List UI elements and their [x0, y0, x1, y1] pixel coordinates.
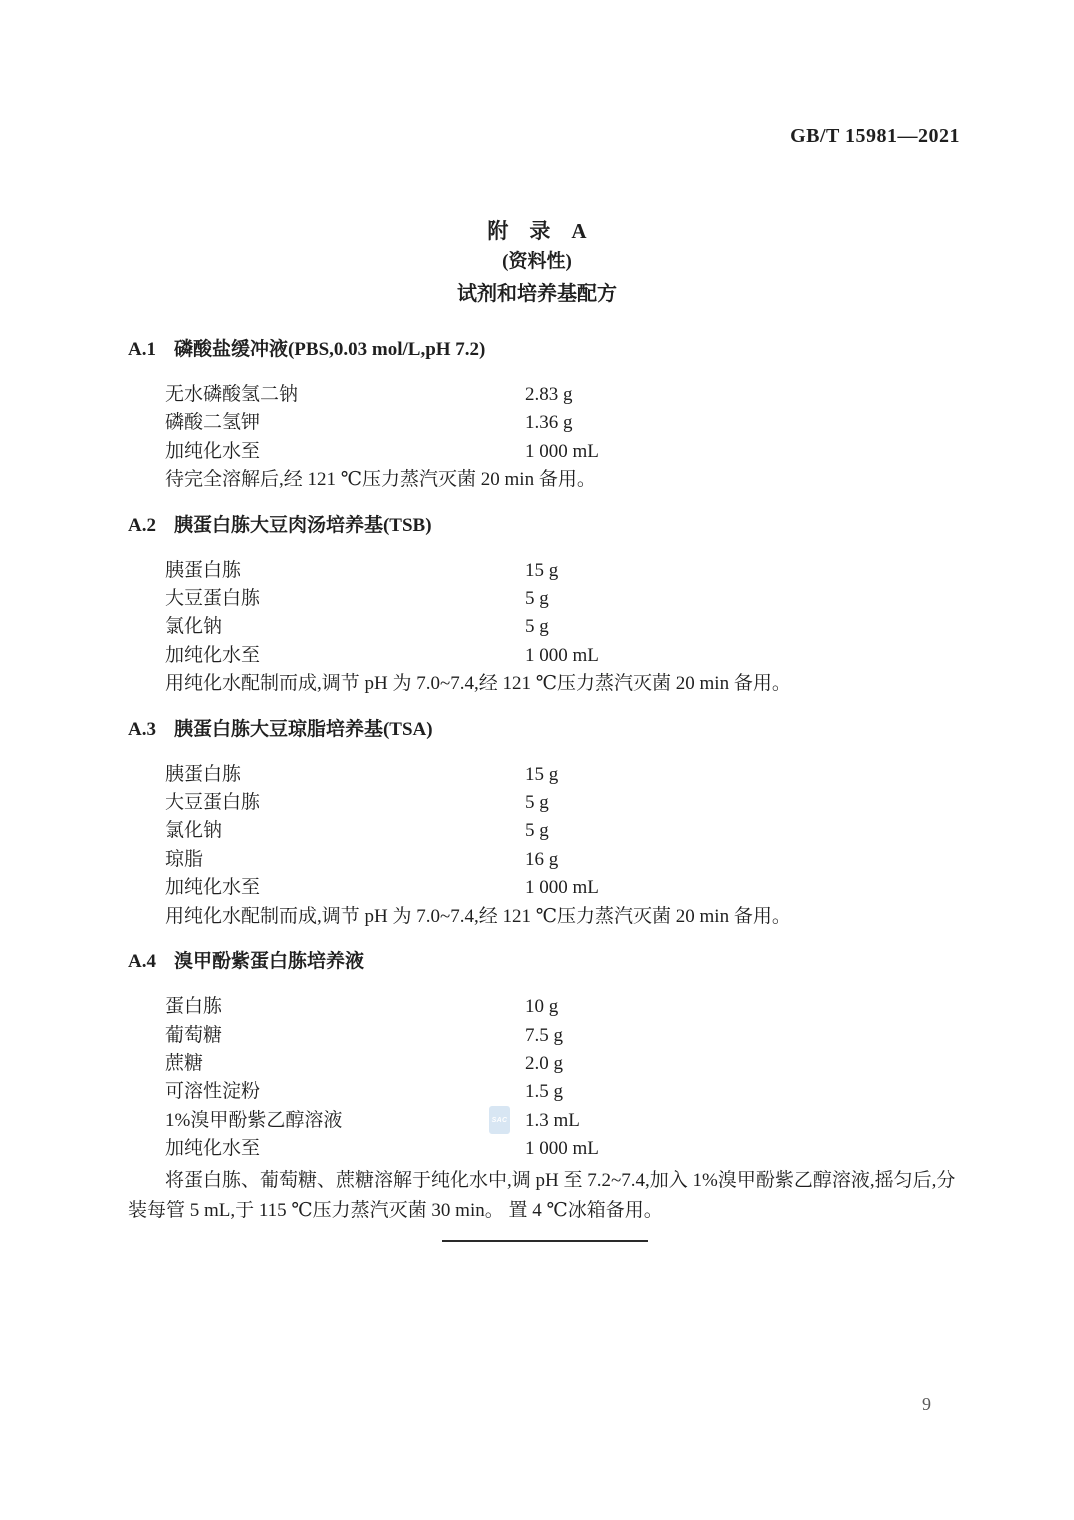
- ingredient-list: 无水磷酸氢二钠 2.83 g 磷酸二氢钾 1.36 g 加纯化水至 1 000 …: [165, 381, 966, 466]
- section-number: A.4: [128, 951, 156, 972]
- ingredient-row: 加纯化水至 1 000 mL: [165, 642, 966, 670]
- ingredient-row: 大豆蛋白胨 5 g: [165, 585, 966, 613]
- ingredient-name: 胰蛋白胨: [165, 761, 525, 789]
- ingredient-row: 1%溴甲酚紫乙醇溶液 1.3 mL: [165, 1107, 966, 1135]
- section-a1: A.1磷酸盐缓冲液(PBS,0.03 mol/L,pH 7.2) 无水磷酸氢二钠…: [128, 337, 966, 495]
- ingredient-row: 加纯化水至 1 000 mL: [165, 438, 966, 466]
- section-a3: A.3胰蛋白胨大豆琼脂培养基(TSA) 胰蛋白胨 15 g 大豆蛋白胨 5 g …: [128, 717, 966, 931]
- ingredient-row: 蛋白胨 10 g: [165, 993, 966, 1021]
- section-heading: A.4溴甲酚紫蛋白胨培养液: [128, 949, 966, 975]
- section-heading: A.3胰蛋白胨大豆琼脂培养基(TSA): [128, 717, 966, 743]
- ingredient-row: 蔗糖 2.0 g: [165, 1050, 966, 1078]
- sac-watermark-icon: SAC: [489, 1106, 510, 1134]
- section-number: A.3: [128, 719, 156, 740]
- ingredient-name: 可溶性淀粉: [165, 1078, 525, 1106]
- ingredient-amount: 1 000 mL: [525, 1135, 599, 1163]
- ingredient-name: 蔗糖: [165, 1050, 525, 1078]
- section-title: 胰蛋白胨大豆肉汤培养基(TSB): [174, 515, 432, 536]
- ingredient-name: 氯化钠: [165, 817, 525, 845]
- ingredient-list: 蛋白胨 10 g 葡萄糖 7.5 g 蔗糖 2.0 g 可溶性淀粉 1.5 g …: [165, 993, 966, 1163]
- ingredient-name: 磷酸二氢钾: [165, 409, 525, 437]
- ingredient-row: 加纯化水至 1 000 mL: [165, 874, 966, 902]
- ingredient-name: 蛋白胨: [165, 993, 525, 1021]
- section-a4: A.4溴甲酚紫蛋白胨培养液 蛋白胨 10 g 葡萄糖 7.5 g 蔗糖 2.0 …: [128, 949, 966, 1226]
- ingredient-name: 琼脂: [165, 846, 525, 874]
- ingredient-name: 大豆蛋白胨: [165, 585, 525, 613]
- ingredient-amount: 5 g: [525, 817, 549, 845]
- ingredient-amount: 1.5 g: [525, 1078, 563, 1106]
- ingredient-name: 无水磷酸氢二钠: [165, 381, 525, 409]
- appendix-title-block: 附 录 A (资料性) 试剂和培养基配方: [0, 216, 1074, 310]
- page-number: 9: [922, 1394, 931, 1415]
- end-of-document-divider: [442, 1240, 648, 1242]
- ingredient-amount: 5 g: [525, 585, 549, 613]
- ingredient-name: 加纯化水至: [165, 438, 525, 466]
- ingredient-amount: 2.83 g: [525, 381, 573, 409]
- ingredient-row: 氯化钠 5 g: [165, 817, 966, 845]
- appendix-subject: 试剂和培养基配方: [0, 278, 1074, 310]
- ingredient-amount: 15 g: [525, 557, 558, 585]
- ingredient-row: 氯化钠 5 g: [165, 613, 966, 641]
- ingredient-name: 加纯化水至: [165, 642, 525, 670]
- ingredient-name: 加纯化水至: [165, 874, 525, 902]
- ingredient-amount: 1.3 mL: [525, 1107, 580, 1135]
- ingredient-name: 胰蛋白胨: [165, 557, 525, 585]
- ingredient-row: 琼脂 16 g: [165, 846, 966, 874]
- document-content: A.1磷酸盐缓冲液(PBS,0.03 mol/L,pH 7.2) 无水磷酸氢二钠…: [128, 337, 966, 1227]
- section-heading: A.2胰蛋白胨大豆肉汤培养基(TSB): [128, 513, 966, 539]
- section-paragraph: 将蛋白胨、葡萄糖、蔗糖溶解于纯化水中,调 pH 至 7.2~7.4,加入 1%溴…: [128, 1166, 966, 1227]
- section-title: 溴甲酚紫蛋白胨培养液: [174, 951, 364, 972]
- section-a2: A.2胰蛋白胨大豆肉汤培养基(TSB) 胰蛋白胨 15 g 大豆蛋白胨 5 g …: [128, 513, 966, 699]
- section-title: 磷酸盐缓冲液(PBS,0.03 mol/L,pH 7.2): [174, 339, 485, 360]
- ingredient-row: 大豆蛋白胨 5 g: [165, 789, 966, 817]
- section-number: A.2: [128, 515, 156, 536]
- section-note: 待完全溶解后,经 121 ℃压力蒸汽灭菌 20 min 备用。: [165, 466, 966, 494]
- standard-number: GB/T 15981—2021: [790, 125, 960, 148]
- ingredient-row: 可溶性淀粉 1.5 g: [165, 1078, 966, 1106]
- ingredient-amount: 1 000 mL: [525, 438, 599, 466]
- ingredient-list: 胰蛋白胨 15 g 大豆蛋白胨 5 g 氯化钠 5 g 加纯化水至 1 000 …: [165, 557, 966, 671]
- appendix-title: 附 录 A: [0, 216, 1074, 246]
- ingredient-row: 胰蛋白胨 15 g: [165, 761, 966, 789]
- section-number: A.1: [128, 339, 156, 360]
- ingredient-amount: 16 g: [525, 846, 558, 874]
- ingredient-name: 大豆蛋白胨: [165, 789, 525, 817]
- ingredient-amount: 2.0 g: [525, 1050, 563, 1078]
- ingredient-name: 氯化钠: [165, 613, 525, 641]
- ingredient-amount: 1 000 mL: [525, 874, 599, 902]
- ingredient-name: 葡萄糖: [165, 1022, 525, 1050]
- ingredient-amount: 1.36 g: [525, 409, 573, 437]
- ingredient-list: 胰蛋白胨 15 g 大豆蛋白胨 5 g 氯化钠 5 g 琼脂 16 g 加纯化水…: [165, 761, 966, 903]
- ingredient-amount: 5 g: [525, 789, 549, 817]
- section-note: 用纯化水配制而成,调节 pH 为 7.0~7.4,经 121 ℃压力蒸汽灭菌 2…: [165, 903, 966, 931]
- ingredient-row: 胰蛋白胨 15 g: [165, 557, 966, 585]
- ingredient-amount: 15 g: [525, 761, 558, 789]
- ingredient-amount: 10 g: [525, 993, 558, 1021]
- ingredient-amount: 7.5 g: [525, 1022, 563, 1050]
- ingredient-row: 葡萄糖 7.5 g: [165, 1022, 966, 1050]
- ingredient-row: 无水磷酸氢二钠 2.83 g: [165, 381, 966, 409]
- ingredient-amount: 5 g: [525, 613, 549, 641]
- ingredient-row: 加纯化水至 1 000 mL: [165, 1135, 966, 1163]
- ingredient-name: 加纯化水至: [165, 1135, 525, 1163]
- document-page: GB/T 15981—2021 附 录 A (资料性) 试剂和培养基配方 A.1…: [0, 0, 1074, 1520]
- ingredient-name: 1%溴甲酚紫乙醇溶液: [165, 1107, 525, 1135]
- ingredient-amount: 1 000 mL: [525, 642, 599, 670]
- section-heading: A.1磷酸盐缓冲液(PBS,0.03 mol/L,pH 7.2): [128, 337, 966, 363]
- appendix-type-label: (资料性): [0, 246, 1074, 278]
- section-note: 用纯化水配制而成,调节 pH 为 7.0~7.4,经 121 ℃压力蒸汽灭菌 2…: [165, 670, 966, 698]
- ingredient-row: 磷酸二氢钾 1.36 g: [165, 409, 966, 437]
- section-title: 胰蛋白胨大豆琼脂培养基(TSA): [174, 719, 433, 740]
